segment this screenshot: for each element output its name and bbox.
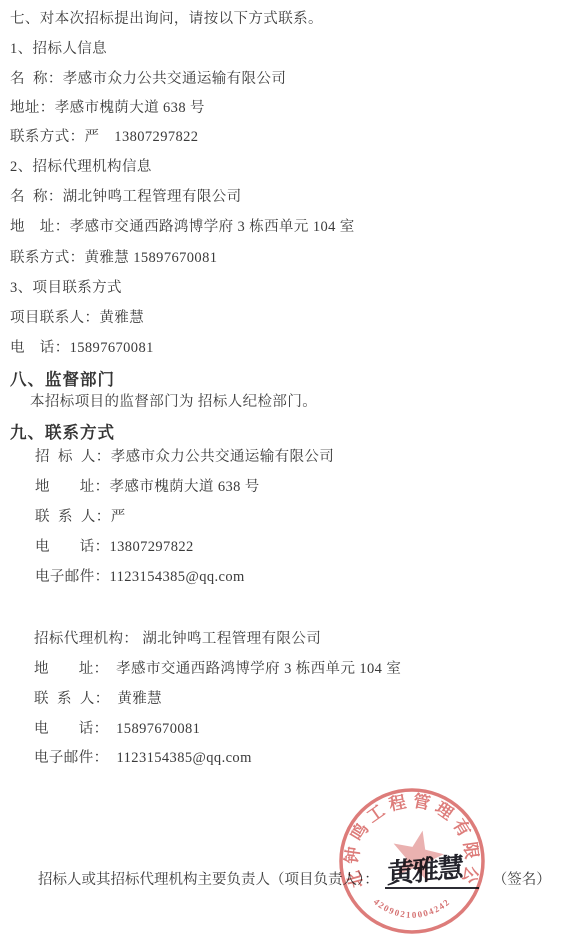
s9-tenderer-email: 电子邮件：1123154385@qq.com <box>35 569 245 585</box>
s9-agency-phone: 电 话： 15897670081 <box>34 721 200 737</box>
s9-tenderer-phone: 电 话：13807297822 <box>35 539 194 555</box>
project-contact-line: 项目联系人：黄雅慧 <box>10 310 144 326</box>
signature-prefix: 招标人或其招标代理机构主要负责人（项目负责人）： <box>38 872 379 888</box>
tenderer-contact-line: 联系方式：严 13807297822 <box>10 129 198 145</box>
seal-number-text: 42090210004242 <box>372 896 453 920</box>
s9-agency-address: 地 址： 孝感市交通西路鸿博学府 3 栋西单元 104 室 <box>34 661 401 677</box>
project-phone-line: 电 话：15897670081 <box>10 340 154 356</box>
signature-line: 黄雅慧 <box>385 869 479 889</box>
s9-agency-name: 招标代理机构： 湖北钟鸣工程管理有限公司 <box>34 631 321 647</box>
s9-agency-person: 联 系 人： 黄雅慧 <box>34 691 162 707</box>
tenderer-address-line: 地址：孝感市槐荫大道 638 号 <box>10 100 205 116</box>
agency-address-line: 地 址：孝感市交通西路鸿博学府 3 栋西单元 104 室 <box>10 219 355 235</box>
handwritten-signature: 黄雅慧 <box>387 845 462 891</box>
section8-heading: 八、监督部门 <box>10 366 115 390</box>
signature-suffix: （签名） <box>493 872 551 888</box>
agency-name-line: 名 称：湖北钟鸣工程管理有限公司 <box>10 189 242 205</box>
section7-sub2-title: 2、招标代理机构信息 <box>10 159 152 175</box>
section9-heading: 九、联系方式 <box>10 419 115 443</box>
signature-row: 招标人或其招标代理机构主要负责人（项目负责人）：黄雅慧（签名） <box>38 868 551 889</box>
s9-tenderer-person: 联 系 人：严 <box>35 509 126 525</box>
tenderer-name-line: 名 称：孝感市众力公共交通运输有限公司 <box>10 71 286 87</box>
section7-sub1-title: 1、招标人信息 <box>10 41 107 57</box>
section7-sub3-title: 3、项目联系方式 <box>10 280 122 296</box>
agency-contact-line: 联系方式：黄雅慧 15897670081 <box>10 250 217 266</box>
s9-agency-email: 电子邮件： 1123154385@qq.com <box>34 750 252 766</box>
document-page: 七、对本次招标提出询问，请按以下方式联系。 1、招标人信息 名 称：孝感市众力公… <box>0 0 562 949</box>
section8-body: 本招标项目的监督部门为 招标人纪检部门。 <box>30 394 317 410</box>
section7-heading: 七、对本次招标提出询问，请按以下方式联系。 <box>10 11 323 27</box>
s9-tenderer-address: 地 址：孝感市槐荫大道 638 号 <box>35 479 260 495</box>
s9-tenderer-name: 招 标 人：孝感市众力公共交通运输有限公司 <box>35 449 334 465</box>
